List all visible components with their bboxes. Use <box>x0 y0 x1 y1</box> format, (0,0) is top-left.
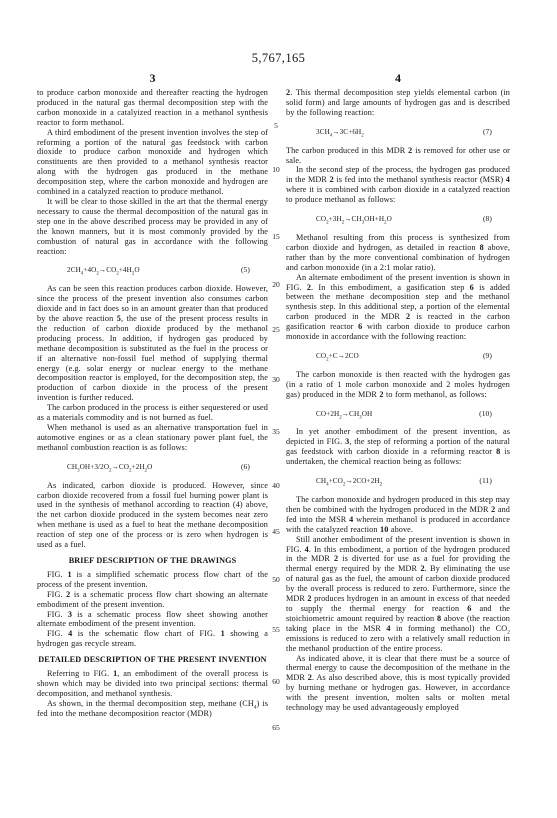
line-number: 25 <box>265 325 287 334</box>
equation-number: (6) <box>241 462 250 472</box>
paragraph: The carbon produced in the process is ei… <box>37 403 268 423</box>
paragraph: Referring to FIG. 1, an embodiment of th… <box>37 669 268 699</box>
chemical-equation: CH3OH+3/2O2→CO2+2H2O(6) <box>37 462 268 473</box>
equation-formula: CH3OH+3/2O2→CO2+2H2O <box>67 463 152 473</box>
paragraph: FIG. 3 is a schematic process flow sheet… <box>37 610 268 630</box>
section-heading: BRIEF DESCRIPTION OF THE DRAWINGS <box>37 556 268 566</box>
chemical-equation: CO2+3H2→CH3OH+H2O(8) <box>286 214 510 225</box>
line-number: 65 <box>265 723 287 732</box>
chemical-equation: CH4+CO2→2CO+2H2(11) <box>286 476 510 487</box>
equation-formula: CO2+3H2→CH3OH+H2O <box>316 215 392 225</box>
equation-formula: CH4+CO2→2CO+2H2 <box>316 477 382 487</box>
paragraph: In yet another embodiment of the present… <box>286 427 510 467</box>
paragraph: It will be clear to those skilled in the… <box>37 197 268 256</box>
chemical-equation: CO2+C→2CO(9) <box>286 351 510 362</box>
patent-page: 5,767,165 3 4 5101520253035404550556065 … <box>0 0 557 818</box>
paragraph: to produce carbon monoxide and thereafte… <box>37 88 268 128</box>
paragraph: The carbon monoxide is then reacted with… <box>286 370 510 400</box>
line-number: 20 <box>265 280 287 289</box>
paragraph: As can be seen this reaction produces ca… <box>37 284 268 403</box>
column-number-right: 4 <box>286 71 510 86</box>
line-number: 30 <box>265 375 287 384</box>
line-number: 15 <box>265 232 287 241</box>
equation-formula: CO+2H2→CH3OH <box>316 410 372 420</box>
paragraph: As indicated, carbon dioxide is produced… <box>37 481 268 550</box>
paragraph: A third embodiment of the present invent… <box>37 128 268 197</box>
line-number: 55 <box>265 625 287 634</box>
paragraph: Still another embodiment of the present … <box>286 535 510 654</box>
line-number: 50 <box>265 575 287 584</box>
chemical-equation: 2CH4+4O2→CO2+4H2O(5) <box>37 265 268 276</box>
patent-number: 5,767,165 <box>0 51 557 66</box>
equation-number: (5) <box>241 265 250 275</box>
chemical-equation: CO+2H2→CH3OH(10) <box>286 409 510 420</box>
section-heading: DETAILED DESCRIPTION OF THE PRESENT INVE… <box>37 655 268 665</box>
paragraph: As shown, in the thermal decomposition s… <box>37 699 268 719</box>
paragraph: FIG. 1 is a simplified schematic process… <box>37 570 268 590</box>
paragraph: An alternate embodiment of the present i… <box>286 273 510 342</box>
line-number: 45 <box>265 527 287 536</box>
equation-number: (8) <box>483 214 492 224</box>
equation-formula: CO2+C→2CO <box>316 352 359 362</box>
column-number-left: 3 <box>37 71 268 86</box>
equation-number: (11) <box>479 476 492 486</box>
paragraph: FIG. 2 is a schematic process flow chart… <box>37 590 268 610</box>
line-number: 60 <box>265 677 287 686</box>
right-column: 2. This thermal decomposition step yield… <box>286 88 510 713</box>
paragraph: The carbon produced in this MDR 2 is rem… <box>286 146 510 166</box>
line-number: 40 <box>265 481 287 490</box>
chemical-equation: 3CH4→3C+6H2(7) <box>286 127 510 138</box>
paragraph: When methanol is used as an alternative … <box>37 423 268 453</box>
equation-formula: 2CH4+4O2→CO2+4H2O <box>67 266 140 276</box>
paragraph: 2. This thermal decomposition step yield… <box>286 88 510 118</box>
equation-number: (9) <box>483 351 492 361</box>
paragraph: Methanol resulting from this process is … <box>286 233 510 273</box>
equation-number: (7) <box>483 127 492 137</box>
left-column: to produce carbon monoxide and thereafte… <box>37 88 268 719</box>
paragraph: As indicated above, it is clear that the… <box>286 654 510 713</box>
line-number: 10 <box>265 165 287 174</box>
line-number: 5 <box>265 121 287 130</box>
equation-number: (10) <box>479 409 492 419</box>
line-number: 35 <box>265 427 287 436</box>
paragraph: FIG. 4 is the schematic flow chart of FI… <box>37 629 268 649</box>
equation-formula: 3CH4→3C+6H2 <box>316 128 364 138</box>
paragraph: In the second step of the process, the h… <box>286 165 510 205</box>
paragraph: The carbon monoxide and hydrogen produce… <box>286 495 510 535</box>
